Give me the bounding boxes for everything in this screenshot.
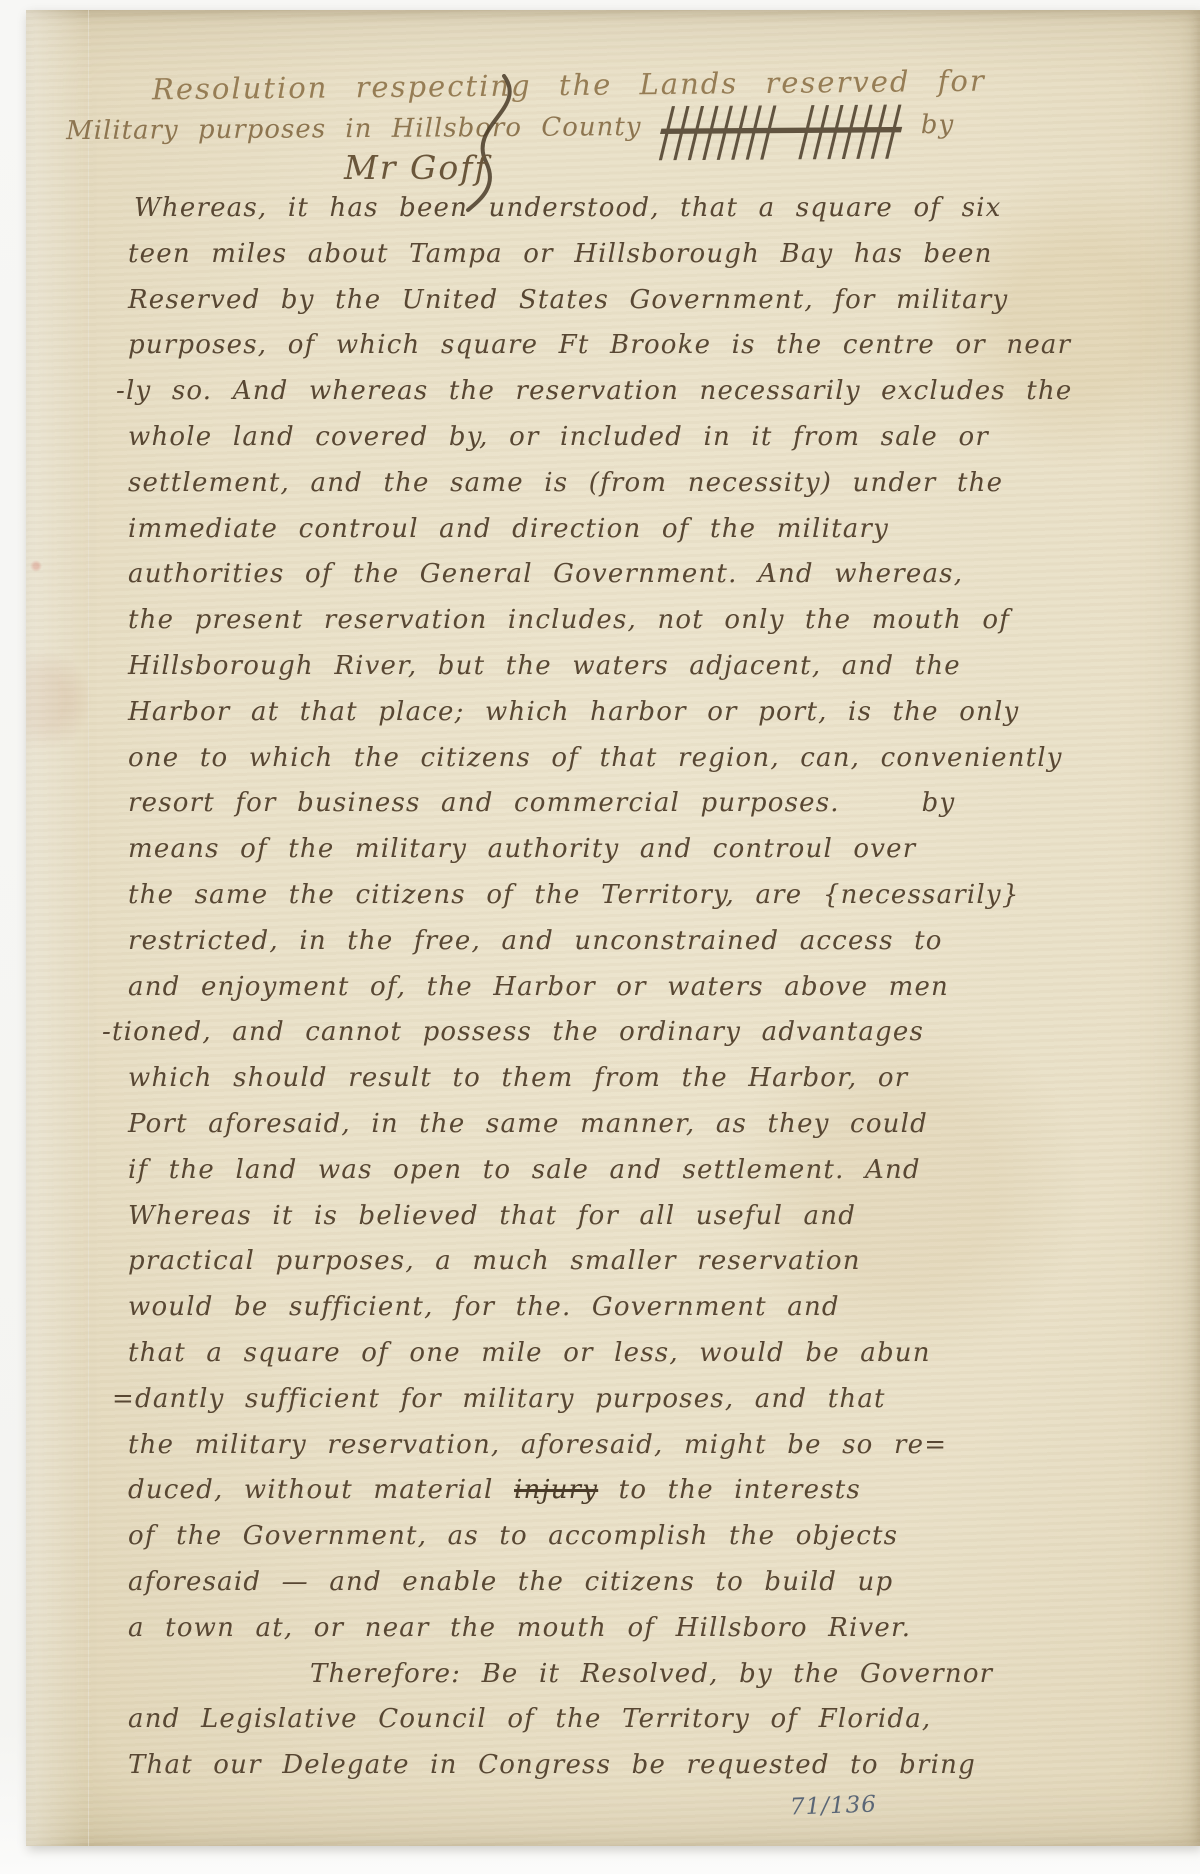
manuscript-line: authorities of the General Government. A… <box>128 552 1072 598</box>
manuscript-line: Whereas, it has been understood, that a … <box>134 186 1072 232</box>
manuscript-line: Whereas it is believed that for all usef… <box>128 1194 1072 1240</box>
author-name: Mr Goff <box>344 148 489 187</box>
manuscript-line: a town at, or near the mouth of Hillsbor… <box>128 1606 1072 1652</box>
struck-out-word: injury <box>514 1475 598 1505</box>
scanned-photo-background: Resolution respecting the Lands reserved… <box>0 0 1200 1874</box>
manuscript-line: Therefore: Be it Resolved, by the Govern… <box>310 1652 1072 1698</box>
manuscript-line: -tioned, and cannot possess the ordinary… <box>102 1010 1072 1056</box>
manuscript-line: =dantly sufficient for military purposes… <box>112 1377 1072 1423</box>
manuscript-line: aforesaid — and enable the citizens to b… <box>128 1560 1072 1606</box>
manuscript-line: Port aforesaid, in the same manner, as t… <box>128 1102 1072 1148</box>
page-number: 71/136 <box>790 1791 878 1820</box>
manuscript-line: whole land covered by, or included in it… <box>128 415 1072 461</box>
manuscript-body: Whereas, it has been understood, that a … <box>128 186 1072 1789</box>
manuscript-line: one to which the citizens of that region… <box>128 736 1072 782</box>
manuscript-line: which should result to them from the Har… <box>128 1056 1072 1102</box>
manuscript-line: and enjoyment of, the Harbor or waters a… <box>128 965 1072 1011</box>
manuscript-line: -ly so. And whereas the reservation nece… <box>116 369 1072 415</box>
manuscript-line: would be sufficient, for the. Government… <box>128 1285 1072 1331</box>
manuscript-line-with-strikeout: duced, without material injury to the in… <box>128 1468 1072 1514</box>
manuscript-line: of the Government, as to accomplish the … <box>128 1514 1072 1560</box>
manuscript-line: That our Delegate in Congress be request… <box>128 1743 1072 1789</box>
manuscript-line: resort for business and commercial purpo… <box>128 781 1072 827</box>
manuscript-line: immediate controul and direction of the … <box>128 507 1072 553</box>
line-segment: duced, without material <box>128 1475 514 1505</box>
manuscript-line: the present reservation includes, not on… <box>128 598 1072 644</box>
paper-left-edge <box>26 10 89 1846</box>
manuscript-line: means of the military authority and cont… <box>128 827 1072 873</box>
manuscript-line: Reserved by the United States Government… <box>128 278 1072 324</box>
manuscript-line: settlement, and the same is (from necess… <box>128 461 1072 507</box>
manuscript-line: teen miles about Tampa or Hillsborough B… <box>128 232 1072 278</box>
manuscript-line: the military reservation, aforesaid, mig… <box>128 1423 1072 1469</box>
manuscript-line: that a square of one mile or less, would… <box>128 1331 1072 1377</box>
manuscript-line: restricted, in the free, and unconstrain… <box>128 919 1072 965</box>
manuscript-line: practical purposes, a much smaller reser… <box>128 1239 1072 1285</box>
manuscript-line: Harbor at that place; which harbor or po… <box>128 690 1072 736</box>
manuscript-line: purposes, of which square Ft Brooke is t… <box>128 323 1072 369</box>
manuscript-line: and Legislative Council of the Territory… <box>128 1697 1072 1743</box>
manuscript-line: Hillsborough River, but the waters adjac… <box>128 644 1072 690</box>
heading-line-2-byword: by <box>921 110 955 140</box>
manuscript-line: the same the citizens of the Territory, … <box>128 873 1072 919</box>
crossed-out-scribble: |||||||| ||||||| <box>657 111 906 148</box>
manuscript-line: if the land was open to sale and settlem… <box>128 1148 1072 1194</box>
manuscript-page: Resolution respecting the Lands reserved… <box>26 10 1200 1846</box>
line-segment: to the interests <box>598 1475 861 1505</box>
